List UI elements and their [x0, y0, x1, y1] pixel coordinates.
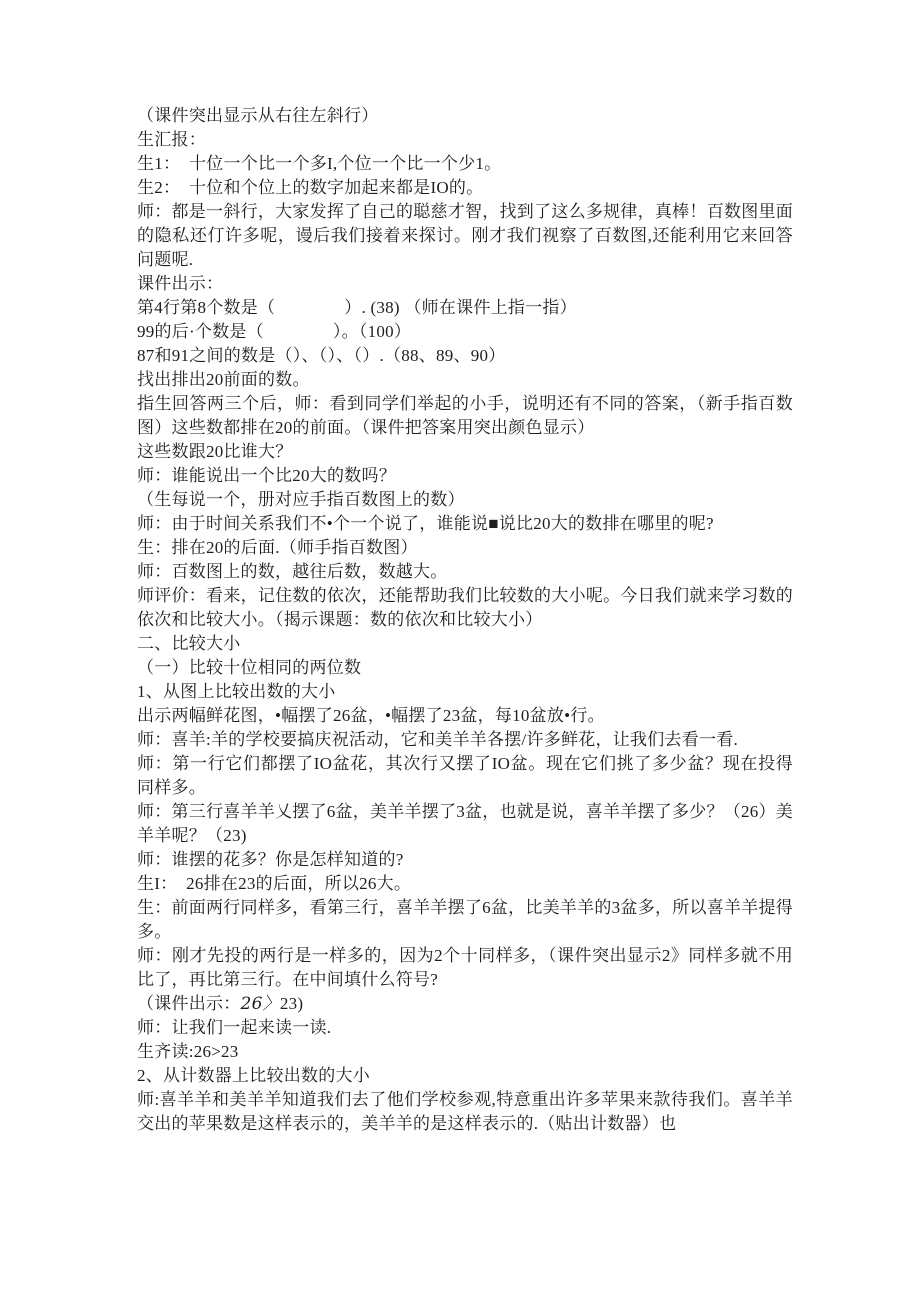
paragraph: 课件出示： [137, 272, 793, 296]
item-heading: 1、从图上比较出数的大小 [137, 680, 793, 704]
subsection-heading: （一）比较十位相同的两位数 [137, 656, 793, 680]
paragraph: 师：由于时间关系我们不•个一个说了，谁能说■说比20大的数排在哪里的呢? [137, 512, 793, 536]
paragraph: 生1： 十位一个比一个多I,个位一个比一个少1。 [137, 152, 793, 176]
paragraph: 师：百数图上的数，越往后数，数越大。 [137, 560, 793, 584]
paragraph: 师：第三行喜羊羊乂摆了6盆，美羊羊摆了3盆，也就是说，喜羊羊摆了多少？（26）美… [137, 800, 793, 848]
paragraph: 师评价：看来，记住数的依次，还能帮助我们比较数的大小呢。今日我们就来学习数的依次… [137, 584, 793, 632]
paragraph: 生汇报： [137, 128, 793, 152]
document-page: （课件突出显示从右往左斜行）生汇报：生1： 十位一个比一个多I,个位一个比一个少… [137, 104, 793, 1136]
paragraph: 出示两幅鲜花图，•幅摆了26盆，•幅摆了23盆，每10盆放•行。 [137, 704, 793, 728]
text-segment: 23) [280, 994, 303, 1013]
paragraph: 师：喜羊:羊的学校要搞庆祝活动，它和美羊羊各摆/许多鲜花，让我们去看一看. [137, 728, 793, 752]
paragraph: 师：谁能说出一个比20大的数吗？ [137, 464, 793, 488]
stage-note: （课件出示：26〉23) [137, 992, 793, 1016]
stage-note: （课件突出显示从右往左斜行） [137, 104, 793, 128]
paragraph: 这些数跟20比谁大？ [137, 440, 793, 464]
paragraph: 指生回答两三个后，师：看到同学们举起的小手，说明还有不同的答案，（新手指百数图）… [137, 392, 793, 440]
item-heading: 2、从计数器上比较出数的大小 [137, 1064, 793, 1088]
paragraph: 生I： 26排在23的后面，所以26大。 [137, 872, 793, 896]
paragraph: 87和91之间的数是（）、（）、（）.（88、89、90） [137, 344, 793, 368]
paragraph: 生：排在20的后面.（师手指百数图） [137, 536, 793, 560]
paragraph: 生齐读:26>23 [137, 1040, 793, 1064]
paragraph: 师：第一行它们都摆了IO盆花，其次行又摆了IO盆。现在它们挑了多少盆？现在投得同… [137, 752, 793, 800]
text-segment: （课件出示： [137, 994, 241, 1013]
paragraph: 师:喜羊羊和美羊羊知道我们去了他们学校参观,特意重出许多苹果来款待我们。喜羊羊交… [137, 1088, 793, 1136]
paragraph: 第4行第8个数是（ ）. (38) （师在课件上指一指） [137, 296, 793, 320]
stage-note: （生每说一个，册对应手指百数图上的数） [137, 488, 793, 512]
paragraph: 师：让我们一起来读一读. [137, 1016, 793, 1040]
paragraph: 生：前面两行同样多，看第三行，喜羊羊摆了6盆，比美羊羊的3盆多，所以喜羊羊提得多… [137, 896, 793, 944]
paragraph: 师：刚才先投的两行是一样多的，因为2个十同样多，（课件突出显示2》同样多就不用比… [137, 944, 793, 992]
paragraph: 生2： 十位和个位上的数字加起来都是IO的。 [137, 176, 793, 200]
section-heading: 二、比较大小 [137, 632, 793, 656]
paragraph: 99的后·个数是（ ）。（100） [137, 320, 793, 344]
paragraph: 师：都是一斜行，大家发挥了自己的聪慈才智，找到了这么多规律，真棒！百数图里面的隐… [137, 200, 793, 272]
paragraph: 找出排出20前面的数。 [137, 368, 793, 392]
document-body: （课件突出显示从右往左斜行）生汇报：生1： 十位一个比一个多I,个位一个比一个少… [137, 104, 793, 1136]
italic-number-segment: 26〉 [241, 994, 280, 1014]
paragraph: 师：谁摆的花多？你是怎样知道的? [137, 848, 793, 872]
